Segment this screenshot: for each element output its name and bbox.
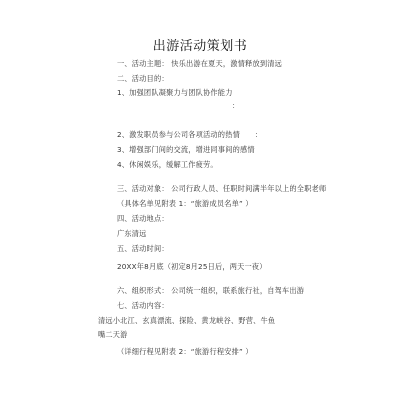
- document-line: 五、活动时间：: [117, 244, 169, 254]
- document-line: （具体名单见附表 1：“旅游成员名单” ）: [117, 199, 253, 209]
- document-line: 广东清远: [117, 229, 147, 239]
- document-line: 2、激发职员参与公司各项活动的热情 ：: [117, 130, 262, 140]
- document-title: 出游活动策划书: [0, 35, 400, 54]
- document-line: 3、增强部门间的交流，增进同事间的感情: [117, 145, 255, 155]
- document-line: 一、活动主题： 快乐出游在夏天，激情释放到清远: [117, 59, 282, 69]
- document-line: ：: [232, 101, 239, 111]
- document-line: 20XX年8月底（初定8月25日后，两天一夜）: [117, 262, 267, 272]
- document-page: 出游活动策划书 一、活动主题： 快乐出游在夏天，激情释放到清远二、活动目的：1、…: [0, 0, 400, 400]
- document-line: 四、活动地点：: [117, 214, 169, 224]
- document-line: 六、组织形式： 公司统一组织，联系旅行社，自驾车出游: [117, 286, 304, 296]
- document-line: （详细行程见附表 2：“旅游行程安排” ）: [117, 347, 253, 357]
- document-line: 嘴二天游: [98, 330, 128, 340]
- document-line: 1、加强团队凝聚力与团队协作能力: [117, 88, 233, 98]
- document-line: 七、活动内容：: [117, 301, 169, 311]
- document-line: 二、活动目的：: [117, 74, 169, 84]
- document-line: 4、休闲娱乐，缓解工作疲劳。: [117, 160, 218, 170]
- document-line: 清远小北江、玄真漂流、探险、黄龙峡谷、野营、牛鱼: [98, 316, 275, 326]
- document-line: 三、活动对象： 公司行政人员、任职时间满半年以上的全职老师: [117, 184, 326, 194]
